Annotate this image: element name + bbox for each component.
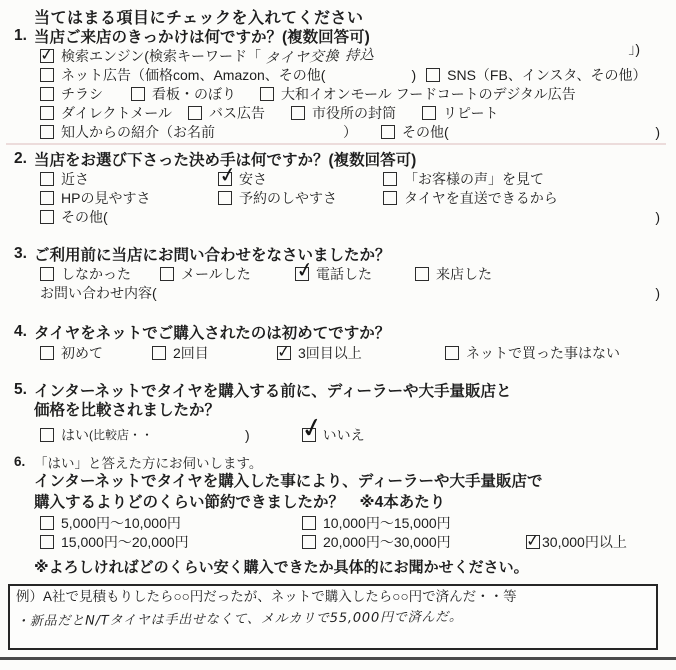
checkbox-direct-ship[interactable] <box>383 191 397 205</box>
question-3-number: 3. <box>14 245 34 263</box>
checkbox-repeat[interactable] <box>422 106 436 120</box>
digital-ad-label: 大和イオンモール フードコートのデジタル広告 <box>281 84 576 104</box>
checkbox-q1-other[interactable] <box>381 125 395 139</box>
checkbox-flyer[interactable] <box>40 87 54 101</box>
question-1-heading-text: 当店ご来店のきっかけは何ですか？(複数回答可) <box>34 25 370 47</box>
compared-no-label: いいえ <box>323 425 365 445</box>
checkbox-save-10000-15000[interactable] <box>302 516 316 530</box>
direct-ship-label: タイヤを直送できるから <box>404 188 558 208</box>
checkbox-q2-other[interactable] <box>40 210 54 224</box>
visited-label: 来店した <box>436 264 492 284</box>
option-row: しなかった メールした 電話した 来店した <box>40 264 666 283</box>
phoned-label: 電話した <box>316 264 372 284</box>
question-4-heading: 4. タイヤをネットでご購入されたのは初めてですか？ <box>14 321 666 342</box>
flyer-label: チラシ <box>61 84 103 104</box>
option-row: 知人からの紹介（お名前 ） その他( ) <box>40 122 666 141</box>
question-5-number: 5. <box>14 381 34 399</box>
option-row: 初めて 2回目 3回目以上 ネットで買った事はない <box>40 342 666 363</box>
checkbox-hp[interactable] <box>40 191 54 205</box>
save-30000-plus-label: 30,000円以上 <box>542 532 627 552</box>
repeat-label: リピート <box>443 103 498 123</box>
checkbox-first-time[interactable] <box>40 346 54 360</box>
inquiry-content-label: お問い合わせ内容( <box>40 283 157 303</box>
no-inquiry-label: しなかった <box>61 264 131 284</box>
checkbox-net-ad[interactable] <box>40 68 54 82</box>
sns-label: SNS（FB、インスタ、その他） <box>447 65 646 85</box>
question-6-number: 6. <box>14 454 34 469</box>
checkbox-referral[interactable] <box>40 125 54 139</box>
bus-ad-label: バス広告 <box>209 103 265 123</box>
checkbox-save-30000-plus[interactable] <box>526 535 540 549</box>
scan-edge-line <box>0 657 676 660</box>
question-3-options: しなかった メールした 電話した 来店した お問い合わせ内容( ) <box>40 264 666 302</box>
q2-other-label: その他( <box>61 207 108 227</box>
question-4-number: 4. <box>14 323 34 341</box>
question-3: 3. ご利用前に当店にお問い合わせをなさいましたか？ しなかった メールした 電… <box>14 243 666 302</box>
customer-voice-label: 「お客様の声」を見て <box>404 169 544 189</box>
second-time-label: 2回目 <box>173 343 209 363</box>
question-6-heading-line1: インターネットでタイヤを購入した事により、ディーラーや大手量販店で <box>34 471 666 492</box>
save-15000-20000-label: 15,000円～20,000円 <box>61 532 189 552</box>
checkbox-city-envelope[interactable] <box>291 106 305 120</box>
checkbox-never-bought-online[interactable] <box>445 346 459 360</box>
checkbox-cheap[interactable] <box>218 172 232 186</box>
search-engine-label: 検索エンジン(検索キーワード「 <box>61 46 261 66</box>
save-5000-10000-label: 5,000円～10,000円 <box>61 513 181 533</box>
city-envelope-label: 市役所の封筒 <box>312 103 396 123</box>
checkbox-save-15000-20000[interactable] <box>40 535 54 549</box>
question-5-heading: 5. インターネットでタイヤを購入する前に、ディーラーや大手量販店と <box>14 379 666 400</box>
question-4: 4. タイヤをネットでご購入されたのは初めてですか？ 初めて 2回目 3回目以上 <box>14 321 666 363</box>
q1-other-label: その他( <box>402 122 449 142</box>
option-row: ネット広告（価格com、Amazon、その他( ) SNS（FB、インスタ、その… <box>40 65 666 84</box>
never-bought-online-label: ネットで買った事はない <box>466 343 620 363</box>
question-6-intro: 6. 「はい」と答えた方にお伺いします。 <box>14 452 666 471</box>
question-4-heading-text: タイヤをネットでご購入されたのは初めてですか？ <box>34 321 390 343</box>
signboard-label: 看板・のぼり <box>152 84 236 104</box>
checkbox-bus-ad[interactable] <box>188 106 202 120</box>
inquiry-content-row: お問い合わせ内容( ) <box>40 283 666 302</box>
checkbox-visited[interactable] <box>415 267 429 281</box>
question-6-note: ※よろしければどのくらい安く購入できたか具体的にお聞かせください。 <box>34 558 666 578</box>
free-response-example: 例）A社で見積もりしたら○○円だったが、ネットで購入したら○○円で済んだ・・等 <box>16 588 650 605</box>
question-6: 6. 「はい」と答えた方にお伺いします。 インターネットでタイヤを購入した事によ… <box>14 452 666 578</box>
checkbox-reserve[interactable] <box>218 191 232 205</box>
question-5: 5. インターネットでタイヤを購入する前に、ディーラーや大手量販店と 価格を比較… <box>14 379 666 445</box>
free-response-box[interactable]: 例）A社で見積もりしたら○○円だったが、ネットで購入したら○○円で済んだ・・等 … <box>8 584 658 650</box>
question-6-options: 5,000円～10,000円 10,000円～15,000円 15,000円～2… <box>40 513 666 551</box>
question-2: 2. 当店をお選び下さった決め手は何ですか？(複数回答可) 近さ 安さ 「お客様… <box>14 148 666 226</box>
referral-close-paren: ） <box>343 122 357 142</box>
question-1-number: 1. <box>14 27 34 45</box>
first-time-label: 初めて <box>61 343 103 363</box>
mailed-label: メールした <box>181 264 251 284</box>
option-row: 5,000円～10,000円 10,000円～15,000円 <box>40 513 666 532</box>
search-engine-close-paren: 」) <box>628 39 640 59</box>
question-5-options: はい (比較店・・ ) いいえ <box>40 424 666 445</box>
net-ad-close-paren: ) <box>411 67 416 83</box>
option-row: ダイレクトメール バス広告 市役所の封筒 リピート <box>40 103 666 122</box>
option-row: その他( ) <box>40 207 666 226</box>
inquiry-close-paren: ) <box>655 285 660 301</box>
compared-yes-close-paren: ) <box>245 427 250 443</box>
q2-other-close-paren: ) <box>655 209 660 225</box>
save-20000-30000-label: 20,000円～30,000円 <box>323 532 451 552</box>
question-4-options: 初めて 2回目 3回目以上 ネットで買った事はない <box>40 342 666 363</box>
question-5-heading-line2: 価格を比較されましたか？ <box>34 400 666 421</box>
question-1-heading: 1. 当店ご来店のきっかけは何ですか？(複数回答可) <box>14 25 666 46</box>
scan-artifact-line <box>6 143 666 145</box>
handwritten-search-keyword: タイヤ交換 持込 <box>264 44 376 68</box>
checkbox-sns[interactable] <box>426 68 440 82</box>
option-row: 検索エンジン(検索キーワード「 タイヤ交換 持込 」) <box>40 46 666 65</box>
third-time-plus-label: 3回目以上 <box>298 343 362 363</box>
checkbox-search-engine[interactable] <box>40 49 54 63</box>
option-row: チラシ 看板・のぼり 大和イオンモール フードコートのデジタル広告 <box>40 84 666 103</box>
checkbox-mailed[interactable] <box>160 267 174 281</box>
option-row: はい (比較店・・ ) いいえ <box>40 424 666 445</box>
checkbox-save-20000-30000[interactable] <box>302 535 316 549</box>
question-2-heading: 2. 当店をお選び下さった決め手は何ですか？(複数回答可) <box>14 148 666 169</box>
question-1-options: 検索エンジン(検索キーワード「 タイヤ交換 持込 」) ネット広告（価格com、… <box>40 46 666 141</box>
checkbox-digital-ad[interactable] <box>260 87 274 101</box>
option-row: 15,000円～20,000円 20,000円～30,000円 30,000円以… <box>40 532 666 551</box>
question-2-number: 2. <box>14 150 34 168</box>
near-label: 近さ <box>61 169 89 189</box>
checkbox-phoned[interactable] <box>295 267 309 281</box>
checkbox-second-time[interactable] <box>152 346 166 360</box>
direct-mail-label: ダイレクトメール <box>61 103 172 123</box>
option-row: 近さ 安さ 「お客様の声」を見て <box>40 169 666 188</box>
question-1: 1. 当店ご来店のきっかけは何ですか？(複数回答可) 検索エンジン(検索キーワー… <box>14 25 666 141</box>
q1-other-close-paren: ) <box>655 124 660 140</box>
compared-yes-sub-label: (比較店・・ <box>89 426 153 443</box>
survey-sheet: 当てはまる項目にチェックを入れてください 1. 当店ご来店のきっかけは何ですか？… <box>0 0 676 670</box>
save-10000-15000-label: 10,000円～15,000円 <box>323 513 451 533</box>
checkbox-third-time-plus[interactable] <box>277 346 291 360</box>
compared-yes-label: はい <box>61 425 89 445</box>
question-6-intro-text: 「はい」と答えた方にお伺いします。 <box>34 452 262 472</box>
option-row: HPの見やすさ 予約のしやすさ タイヤを直送できるから <box>40 188 666 207</box>
question-2-options: 近さ 安さ 「お客様の声」を見て HPの見やすさ 予約のしや <box>40 169 666 226</box>
referral-label: 知人からの紹介（お名前 <box>61 122 215 142</box>
hp-label: HPの見やすさ <box>61 188 150 208</box>
question-6-heading-line2: 購入するよりどのくらい節約できましたか？ ※4本あたり <box>34 492 666 513</box>
checkbox-save-5000-10000[interactable] <box>40 516 54 530</box>
reserve-label: 予約のしやすさ <box>239 188 337 208</box>
checkbox-no-inquiry[interactable] <box>40 267 54 281</box>
checkbox-near[interactable] <box>40 172 54 186</box>
question-3-heading: 3. ご利用前に当店にお問い合わせをなさいましたか？ <box>14 243 666 264</box>
net-ad-label: ネット広告（価格com、Amazon、その他( <box>61 65 325 85</box>
question-5-heading-line1: インターネットでタイヤを購入する前に、ディーラーや大手量販店と <box>34 379 512 401</box>
cheap-label: 安さ <box>239 169 267 189</box>
checkbox-direct-mail[interactable] <box>40 106 54 120</box>
question-3-heading-text: ご利用前に当店にお問い合わせをなさいましたか？ <box>34 243 391 265</box>
checkbox-customer-voice[interactable] <box>383 172 397 186</box>
checkbox-compared-no[interactable] <box>302 428 316 442</box>
checkbox-compared-yes[interactable] <box>40 428 54 442</box>
handwritten-answer: ・新品だとN/Tタイヤは手出せなくて、メルカリで55,000円で済んだ。 <box>16 606 463 630</box>
checkbox-signboard[interactable] <box>131 87 145 101</box>
